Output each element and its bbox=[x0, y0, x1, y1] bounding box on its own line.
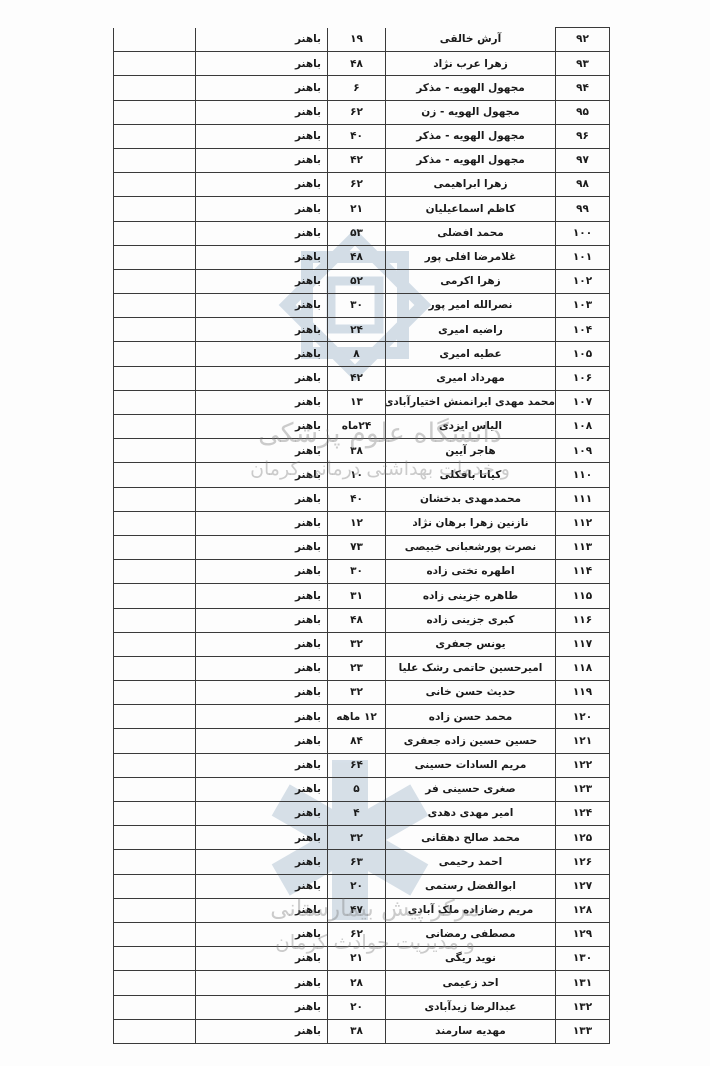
notes-cell bbox=[114, 511, 196, 535]
hospital-status: باهنر bbox=[196, 826, 328, 850]
row-number: ۱۳۰ bbox=[556, 947, 610, 971]
table-row: ۹۶ مجهول الهویه - مذکر ۴۰ باهنر bbox=[114, 124, 610, 148]
notes-cell bbox=[114, 173, 196, 197]
person-name: غلامرضا افلی پور bbox=[386, 245, 556, 269]
person-name: مهرداد امیری bbox=[386, 366, 556, 390]
person-name: زهرا ابراهیمی bbox=[386, 173, 556, 197]
notes-cell bbox=[114, 124, 196, 148]
person-age: ۲۴ bbox=[328, 318, 386, 342]
person-age: ۴۰ bbox=[328, 124, 386, 148]
hospital-status: باهنر bbox=[196, 656, 328, 680]
row-number: ۱۲۲ bbox=[556, 753, 610, 777]
row-number: ۱۰۲ bbox=[556, 269, 610, 293]
hospital-status: باهنر bbox=[196, 608, 328, 632]
person-age: ۲۱ bbox=[328, 197, 386, 221]
notes-cell bbox=[114, 366, 196, 390]
person-name: اطهره تختی زاده bbox=[386, 560, 556, 584]
hospital-status: باهنر bbox=[196, 318, 328, 342]
table-row: ۱۱۳ نصرت پورشعبانی خبیصی ۷۳ باهنر bbox=[114, 535, 610, 559]
table-row: ۱۳۲ عبدالرضا زیدآبادی ۲۰ باهنر bbox=[114, 995, 610, 1019]
hospital-status: باهنر bbox=[196, 415, 328, 439]
row-number: ۱۲۱ bbox=[556, 729, 610, 753]
person-age: ۱۲ bbox=[328, 511, 386, 535]
person-age: ۳۰ bbox=[328, 294, 386, 318]
hospital-status: باهنر bbox=[196, 173, 328, 197]
person-age: ۵۳ bbox=[328, 221, 386, 245]
row-number: ۱۰۵ bbox=[556, 342, 610, 366]
person-name: یونس جعفری bbox=[386, 632, 556, 656]
hospital-status: باهنر bbox=[196, 705, 328, 729]
person-name: راضیه امیری bbox=[386, 318, 556, 342]
table-row: ۱۲۵ محمد صالح دهقانی ۳۲ باهنر bbox=[114, 826, 610, 850]
hospital-status: باهنر bbox=[196, 487, 328, 511]
table-row: ۱۱۲ نازنین زهرا برهان نژاد ۱۲ باهنر bbox=[114, 511, 610, 535]
notes-cell bbox=[114, 28, 196, 52]
person-name: مجهول الهویه - مذکر bbox=[386, 148, 556, 172]
table-row: ۹۲ آرش خالقی ۱۹ باهنر bbox=[114, 28, 610, 52]
row-number: ۹۴ bbox=[556, 76, 610, 100]
table-row: ۹۳ زهرا عرب نژاد ۴۸ باهنر bbox=[114, 52, 610, 76]
notes-cell bbox=[114, 439, 196, 463]
row-number: ۱۰۱ bbox=[556, 245, 610, 269]
table-row: ۹۵ مجهول الهویه - زن ۶۲ باهنر bbox=[114, 100, 610, 124]
table-row: ۱۰۶ مهرداد امیری ۴۲ باهنر bbox=[114, 366, 610, 390]
person-name: امیر مهدی دهدی bbox=[386, 802, 556, 826]
hospital-status: باهنر bbox=[196, 874, 328, 898]
hospital-status: باهنر bbox=[196, 560, 328, 584]
person-name: محمدمهدی بدخشان bbox=[386, 487, 556, 511]
hospital-status: باهنر bbox=[196, 511, 328, 535]
table-row: ۱۲۴ امیر مهدی دهدی ۴ باهنر bbox=[114, 802, 610, 826]
table-row: ۱۱۱ محمدمهدی بدخشان ۴۰ باهنر bbox=[114, 487, 610, 511]
notes-cell bbox=[114, 148, 196, 172]
person-name: مجهول الهویه - مذکر bbox=[386, 76, 556, 100]
row-number: ۹۶ bbox=[556, 124, 610, 148]
person-name: ابوالفضل رستمی bbox=[386, 874, 556, 898]
person-name: زهرا اکرمی bbox=[386, 269, 556, 293]
notes-cell bbox=[114, 584, 196, 608]
row-number: ۱۰۳ bbox=[556, 294, 610, 318]
notes-cell bbox=[114, 632, 196, 656]
notes-cell bbox=[114, 608, 196, 632]
person-name: محمد مهدی ایرانمنش اختیارآبادی bbox=[386, 390, 556, 414]
row-number: ۱۱۴ bbox=[556, 560, 610, 584]
hospital-status: باهنر bbox=[196, 995, 328, 1019]
table-row: ۱۲۱ حسین حسین زاده جعفری ۸۴ باهنر bbox=[114, 729, 610, 753]
person-name: کیانا بافکلی bbox=[386, 463, 556, 487]
person-age: ۶۴ bbox=[328, 753, 386, 777]
row-number: ۱۲۶ bbox=[556, 850, 610, 874]
hospital-status: باهنر bbox=[196, 753, 328, 777]
person-name: زهرا عرب نژاد bbox=[386, 52, 556, 76]
person-name: امیرحسین حاتمی رشک علیا bbox=[386, 656, 556, 680]
person-age: ۶۲ bbox=[328, 173, 386, 197]
table-row: ۱۰۴ راضیه امیری ۲۴ باهنر bbox=[114, 318, 610, 342]
notes-cell bbox=[114, 729, 196, 753]
person-age: ۴۰ bbox=[328, 487, 386, 511]
notes-cell bbox=[114, 826, 196, 850]
notes-cell bbox=[114, 487, 196, 511]
row-number: ۱۱۱ bbox=[556, 487, 610, 511]
row-number: ۱۱۲ bbox=[556, 511, 610, 535]
person-age: ۴۲ bbox=[328, 366, 386, 390]
row-number: ۹۹ bbox=[556, 197, 610, 221]
person-name: محمد حسن زاده bbox=[386, 705, 556, 729]
row-number: ۹۲ bbox=[556, 28, 610, 52]
table-row: ۹۷ مجهول الهویه - مذکر ۴۲ باهنر bbox=[114, 148, 610, 172]
row-number: ۱۲۵ bbox=[556, 826, 610, 850]
notes-cell bbox=[114, 777, 196, 801]
notes-cell bbox=[114, 535, 196, 559]
person-name: کاظم اسماعیلیان bbox=[386, 197, 556, 221]
person-age: ۶۲ bbox=[328, 922, 386, 946]
person-name: مجهول الهویه - مذکر bbox=[386, 124, 556, 148]
hospital-status: باهنر bbox=[196, 777, 328, 801]
table-row: ۱۳۱ احد زعیمی ۲۸ باهنر bbox=[114, 971, 610, 995]
hospital-status: باهنر bbox=[196, 269, 328, 293]
person-name: محمد صالح دهقانی bbox=[386, 826, 556, 850]
row-number: ۱۰۰ bbox=[556, 221, 610, 245]
person-name: کبری جزینی زاده bbox=[386, 608, 556, 632]
person-age: ۶ bbox=[328, 76, 386, 100]
table-row: ۹۸ زهرا ابراهیمی ۶۲ باهنر bbox=[114, 173, 610, 197]
person-age: ۶۳ bbox=[328, 850, 386, 874]
hospital-status: باهنر bbox=[196, 76, 328, 100]
table-row: ۱۰۸ الیاس ایزدی ۲۴ماه باهنر bbox=[114, 415, 610, 439]
person-age: ۴۸ bbox=[328, 52, 386, 76]
person-age: ۱۲ ماهه bbox=[328, 705, 386, 729]
row-number: ۱۲۰ bbox=[556, 705, 610, 729]
notes-cell bbox=[114, 294, 196, 318]
person-name: مصطفی رمضانی bbox=[386, 922, 556, 946]
person-name: الیاس ایزدی bbox=[386, 415, 556, 439]
row-number: ۱۳۲ bbox=[556, 995, 610, 1019]
row-number: ۱۱۸ bbox=[556, 656, 610, 680]
row-number: ۱۲۸ bbox=[556, 898, 610, 922]
hospital-status: باهنر bbox=[196, 1019, 328, 1043]
hospital-status: باهنر bbox=[196, 221, 328, 245]
person-name: طاهره جزینی زاده bbox=[386, 584, 556, 608]
table-row: ۱۲۳ صغری حسینی فر ۵ باهنر bbox=[114, 777, 610, 801]
person-age: ۱۳ bbox=[328, 390, 386, 414]
table-row: ۱۱۹ حدیث حسن خانی ۳۲ باهنر bbox=[114, 681, 610, 705]
person-age: ۲۴ماه bbox=[328, 415, 386, 439]
notes-cell bbox=[114, 971, 196, 995]
table-row: ۱۲۰ محمد حسن زاده ۱۲ ماهه باهنر bbox=[114, 705, 610, 729]
notes-cell bbox=[114, 898, 196, 922]
table-row: ۱۱۴ اطهره تختی زاده ۳۰ باهنر bbox=[114, 560, 610, 584]
person-age: ۴ bbox=[328, 802, 386, 826]
person-age: ۲۰ bbox=[328, 874, 386, 898]
table-row: ۹۹ کاظم اسماعیلیان ۲۱ باهنر bbox=[114, 197, 610, 221]
casualty-list-table: ۹۲ آرش خالقی ۱۹ باهنر ۹۳ زهرا عرب نژاد ۴… bbox=[113, 27, 610, 1044]
person-age: ۱۰ bbox=[328, 463, 386, 487]
row-number: ۱۱۳ bbox=[556, 535, 610, 559]
hospital-status: باهنر bbox=[196, 148, 328, 172]
row-number: ۱۳۱ bbox=[556, 971, 610, 995]
row-number: ۱۳۳ bbox=[556, 1019, 610, 1043]
notes-cell bbox=[114, 681, 196, 705]
notes-cell bbox=[114, 76, 196, 100]
hospital-status: باهنر bbox=[196, 632, 328, 656]
row-number: ۱۰۷ bbox=[556, 390, 610, 414]
person-age: ۸۴ bbox=[328, 729, 386, 753]
person-name: عطیه امیری bbox=[386, 342, 556, 366]
row-number: ۱۱۰ bbox=[556, 463, 610, 487]
notes-cell bbox=[114, 245, 196, 269]
person-age: ۳۸ bbox=[328, 439, 386, 463]
row-number: ۱۱۷ bbox=[556, 632, 610, 656]
person-age: ۷۳ bbox=[328, 535, 386, 559]
person-name: مجهول الهویه - زن bbox=[386, 100, 556, 124]
person-age: ۳۱ bbox=[328, 584, 386, 608]
table-row: ۱۱۰ کیانا بافکلی ۱۰ باهنر bbox=[114, 463, 610, 487]
table-row: ۱۰۹ هاجر آیین ۳۸ باهنر bbox=[114, 439, 610, 463]
notes-cell bbox=[114, 995, 196, 1019]
row-number: ۹۳ bbox=[556, 52, 610, 76]
person-name: حدیث حسن خانی bbox=[386, 681, 556, 705]
person-name: نوید ریگی bbox=[386, 947, 556, 971]
person-age: ۲۸ bbox=[328, 971, 386, 995]
person-age: ۸ bbox=[328, 342, 386, 366]
person-age: ۵ bbox=[328, 777, 386, 801]
person-name: محمد افضلی bbox=[386, 221, 556, 245]
table-row: ۱۱۸ امیرحسین حاتمی رشک علیا ۲۳ باهنر bbox=[114, 656, 610, 680]
person-age: ۶۲ bbox=[328, 100, 386, 124]
table-row: ۱۳۳ مهدیه سارمند ۳۸ باهنر bbox=[114, 1019, 610, 1043]
hospital-status: باهنر bbox=[196, 342, 328, 366]
person-name: مریم رضازاده ملک آبادی bbox=[386, 898, 556, 922]
notes-cell bbox=[114, 802, 196, 826]
table-row: ۱۲۹ مصطفی رمضانی ۶۲ باهنر bbox=[114, 922, 610, 946]
table-row: ۱۰۲ زهرا اکرمی ۵۲ باهنر bbox=[114, 269, 610, 293]
hospital-status: باهنر bbox=[196, 971, 328, 995]
table-row: ۱۰۳ نصرالله امیر پور ۳۰ باهنر bbox=[114, 294, 610, 318]
notes-cell bbox=[114, 197, 196, 221]
person-age: ۳۲ bbox=[328, 826, 386, 850]
person-name: نصرالله امیر پور bbox=[386, 294, 556, 318]
hospital-status: باهنر bbox=[196, 294, 328, 318]
notes-cell bbox=[114, 221, 196, 245]
row-number: ۱۰۶ bbox=[556, 366, 610, 390]
notes-cell bbox=[114, 705, 196, 729]
table-row: ۱۲۸ مریم رضازاده ملک آبادی ۴۷ باهنر bbox=[114, 898, 610, 922]
person-age: ۳۲ bbox=[328, 681, 386, 705]
notes-cell bbox=[114, 656, 196, 680]
person-age: ۲۳ bbox=[328, 656, 386, 680]
notes-cell bbox=[114, 874, 196, 898]
table-row: ۱۰۷ محمد مهدی ایرانمنش اختیارآبادی ۱۳ با… bbox=[114, 390, 610, 414]
notes-cell bbox=[114, 390, 196, 414]
notes-cell bbox=[114, 922, 196, 946]
hospital-status: باهنر bbox=[196, 729, 328, 753]
hospital-status: باهنر bbox=[196, 390, 328, 414]
row-number: ۱۲۴ bbox=[556, 802, 610, 826]
row-number: ۱۰۸ bbox=[556, 415, 610, 439]
notes-cell bbox=[114, 52, 196, 76]
row-number: ۹۵ bbox=[556, 100, 610, 124]
table-row: ۱۱۷ یونس جعفری ۳۲ باهنر bbox=[114, 632, 610, 656]
hospital-status: باهنر bbox=[196, 947, 328, 971]
hospital-status: باهنر bbox=[196, 245, 328, 269]
hospital-status: باهنر bbox=[196, 124, 328, 148]
table-row: ۱۲۲ مریم السادات حسینی ۶۴ باهنر bbox=[114, 753, 610, 777]
hospital-status: باهنر bbox=[196, 802, 328, 826]
notes-cell bbox=[114, 947, 196, 971]
hospital-status: باهنر bbox=[196, 366, 328, 390]
notes-cell bbox=[114, 100, 196, 124]
person-age: ۴۲ bbox=[328, 148, 386, 172]
table-row: ۹۴ مجهول الهویه - مذکر ۶ باهنر bbox=[114, 76, 610, 100]
person-name: صغری حسینی فر bbox=[386, 777, 556, 801]
table-row: ۱۲۶ احمد رحیمی ۶۳ باهنر bbox=[114, 850, 610, 874]
table-row: ۱۱۵ طاهره جزینی زاده ۳۱ باهنر bbox=[114, 584, 610, 608]
row-number: ۱۱۶ bbox=[556, 608, 610, 632]
hospital-status: باهنر bbox=[196, 584, 328, 608]
hospital-status: باهنر bbox=[196, 681, 328, 705]
hospital-status: باهنر bbox=[196, 922, 328, 946]
row-number: ۱۲۷ bbox=[556, 874, 610, 898]
person-name: نصرت پورشعبانی خبیصی bbox=[386, 535, 556, 559]
table-row: ۱۱۶ کبری جزینی زاده ۴۸ باهنر bbox=[114, 608, 610, 632]
person-age: ۳۸ bbox=[328, 1019, 386, 1043]
person-name: هاجر آیین bbox=[386, 439, 556, 463]
person-age: ۲۱ bbox=[328, 947, 386, 971]
person-age: ۵۲ bbox=[328, 269, 386, 293]
row-number: ۱۰۴ bbox=[556, 318, 610, 342]
hospital-status: باهنر bbox=[196, 535, 328, 559]
notes-cell bbox=[114, 560, 196, 584]
hospital-status: باهنر bbox=[196, 197, 328, 221]
row-number: ۱۲۳ bbox=[556, 777, 610, 801]
notes-cell bbox=[114, 269, 196, 293]
row-number: ۹۸ bbox=[556, 173, 610, 197]
notes-cell bbox=[114, 318, 196, 342]
row-number: ۹۷ bbox=[556, 148, 610, 172]
person-age: ۳۲ bbox=[328, 632, 386, 656]
row-number: ۱۱۹ bbox=[556, 681, 610, 705]
person-age: ۲۰ bbox=[328, 995, 386, 1019]
person-age: ۱۹ bbox=[328, 28, 386, 52]
person-age: ۴۸ bbox=[328, 608, 386, 632]
row-number: ۱۲۹ bbox=[556, 922, 610, 946]
document-page: ۹۲ آرش خالقی ۱۹ باهنر ۹۳ زهرا عرب نژاد ۴… bbox=[0, 0, 710, 1066]
person-name: مهدیه سارمند bbox=[386, 1019, 556, 1043]
person-name: مریم السادات حسینی bbox=[386, 753, 556, 777]
table-row: ۱۰۰ محمد افضلی ۵۳ باهنر bbox=[114, 221, 610, 245]
hospital-status: باهنر bbox=[196, 850, 328, 874]
notes-cell bbox=[114, 753, 196, 777]
table-row: ۱۳۰ نوید ریگی ۲۱ باهنر bbox=[114, 947, 610, 971]
hospital-status: باهنر bbox=[196, 898, 328, 922]
notes-cell bbox=[114, 342, 196, 366]
row-number: ۱۱۵ bbox=[556, 584, 610, 608]
person-name: حسین حسین زاده جعفری bbox=[386, 729, 556, 753]
person-age: ۴۷ bbox=[328, 898, 386, 922]
person-name: عبدالرضا زیدآبادی bbox=[386, 995, 556, 1019]
table-row: ۱۰۵ عطیه امیری ۸ باهنر bbox=[114, 342, 610, 366]
row-number: ۱۰۹ bbox=[556, 439, 610, 463]
notes-cell bbox=[114, 850, 196, 874]
hospital-status: باهنر bbox=[196, 28, 328, 52]
hospital-status: باهنر bbox=[196, 439, 328, 463]
notes-cell bbox=[114, 415, 196, 439]
person-name: نازنین زهرا برهان نژاد bbox=[386, 511, 556, 535]
hospital-status: باهنر bbox=[196, 52, 328, 76]
person-name: احد زعیمی bbox=[386, 971, 556, 995]
notes-cell bbox=[114, 1019, 196, 1043]
person-age: ۳۰ bbox=[328, 560, 386, 584]
person-name: احمد رحیمی bbox=[386, 850, 556, 874]
hospital-status: باهنر bbox=[196, 100, 328, 124]
notes-cell bbox=[114, 463, 196, 487]
hospital-status: باهنر bbox=[196, 463, 328, 487]
person-name: آرش خالقی bbox=[386, 28, 556, 52]
table-row: ۱۲۷ ابوالفضل رستمی ۲۰ باهنر bbox=[114, 874, 610, 898]
table-row: ۱۰۱ غلامرضا افلی پور ۴۸ باهنر bbox=[114, 245, 610, 269]
person-age: ۴۸ bbox=[328, 245, 386, 269]
